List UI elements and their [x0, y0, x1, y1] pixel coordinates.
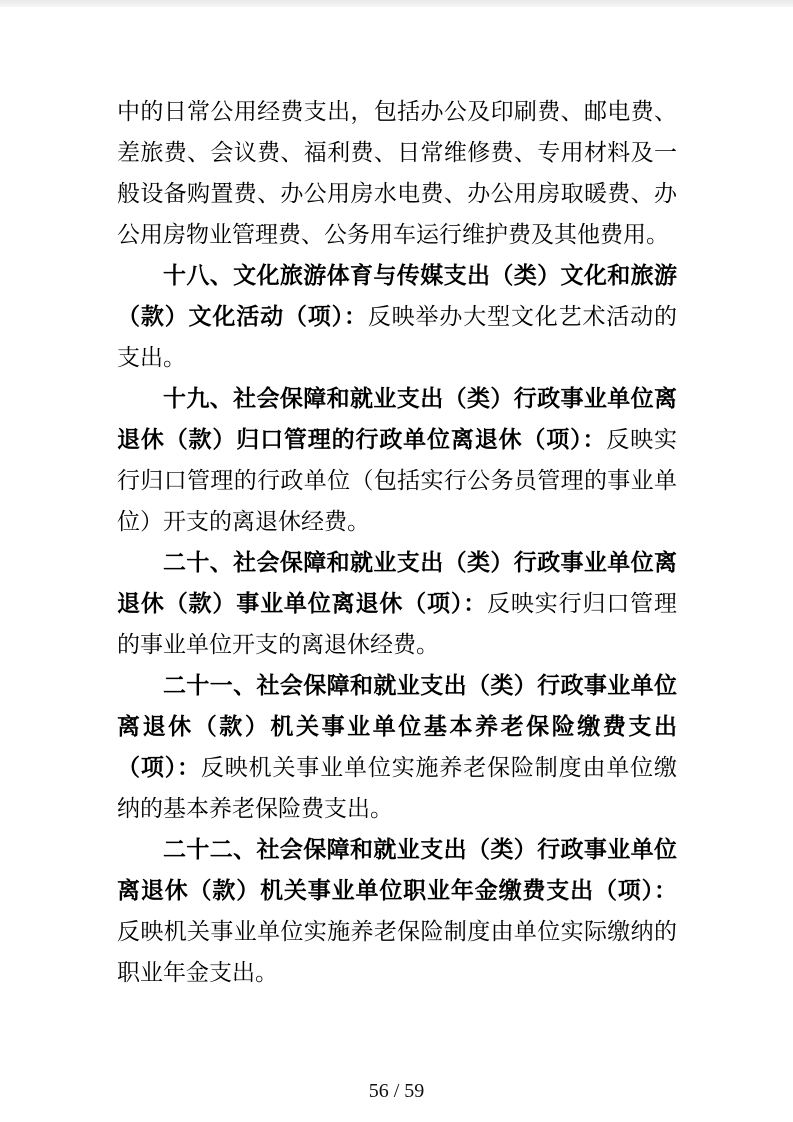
- paragraph-3: 十九、社会保障和就业支出（类）行政事业单位离退休（款）归口管理的行政单位离退休（…: [117, 378, 677, 542]
- paragraph-body: 中的日常公用经费支出，包括办公及印刷费、邮电费、差旅费、会议费、福利费、日常维修…: [117, 99, 677, 247]
- document-page: { "document": { "paragraphs": [ { "inden…: [0, 0, 793, 1122]
- paragraph-5: 二十一、社会保障和就业支出（类）行政事业单位离退休（款）机关事业单位基本养老保险…: [117, 665, 677, 829]
- paragraph-2: 十八、文化旅游体育与传媒支出（类）文化和旅游（款）文化活动（项）：反映举办大型文…: [117, 255, 677, 378]
- page-top-edge: [0, 0, 793, 7]
- paragraph-6: 二十二、社会保障和就业支出（类）行政事业单位离退休（款）机关事业单位职业年金缴费…: [117, 829, 677, 993]
- text-block: 中的日常公用经费支出，包括办公及印刷费、邮电费、差旅费、会议费、福利费、日常维修…: [117, 91, 677, 993]
- paragraph-4: 二十、社会保障和就业支出（类）行政事业单位离退休（款）事业单位离退休（项）：反映…: [117, 542, 677, 665]
- paragraph-heading: 十九、社会保障和就业支出（类）行政事业单位离退休（款）归口管理的行政单位离退休（…: [117, 386, 677, 452]
- paragraph-body: 反映机关事业单位实施养老保险制度由单位实际缴纳的职业年金支出。: [117, 919, 677, 985]
- paragraph-1: 中的日常公用经费支出，包括办公及印刷费、邮电费、差旅费、会议费、福利费、日常维修…: [117, 91, 677, 255]
- page-number: 56 / 59: [0, 1078, 793, 1104]
- paragraph-body: 反映机关事业单位实施养老保险制度由单位缴纳的基本养老保险费支出。: [117, 755, 677, 821]
- paragraph-heading: 二十二、社会保障和就业支出（类）行政事业单位离退休（款）机关事业单位职业年金缴费…: [117, 837, 677, 903]
